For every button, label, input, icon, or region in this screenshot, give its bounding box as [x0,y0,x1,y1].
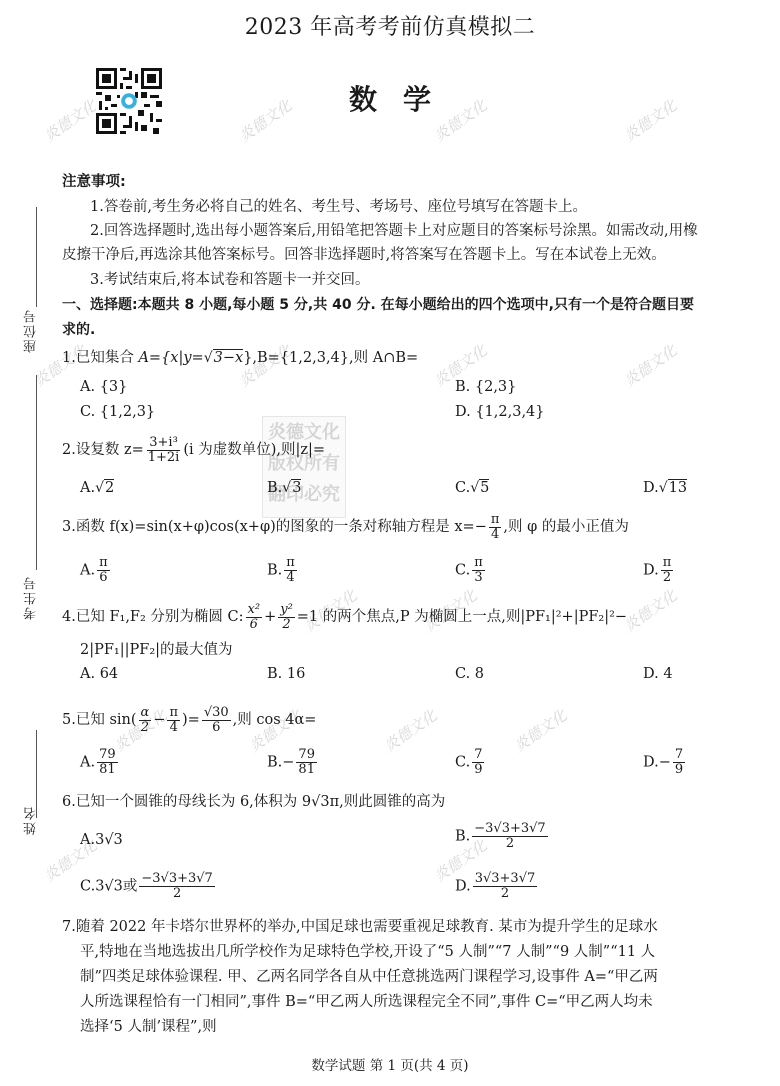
radicand: 5 [479,479,489,496]
option-c[interactable]: C.3√3或−3√3+3√72 [80,872,217,901]
option-label: D. [643,563,659,579]
option-label: C. [80,879,95,895]
question-text: ,则 cos 4α= [233,712,317,728]
fraction: 79 [673,748,685,777]
fraction: −3√3+3√72 [472,822,547,851]
option-a[interactable]: A.π6 [80,556,112,585]
question-number: 7. [62,919,76,935]
watermark: 炎德文化 [619,585,680,637]
option-a[interactable]: A. {3} [80,379,127,395]
fraction: 79 [472,748,484,777]
denominator: 2 [504,837,516,851]
option-d[interactable]: D. {1,2,3,4} [455,404,545,420]
numerator: 3+i³ [147,436,180,451]
question-text: 函数 f(x)=sin(x+φ)cos(x+φ)的图象的一条对称轴方程是 x=− [76,519,487,535]
question-text: 已知 F₁,F₂ 分别为椭圆 C: [76,609,244,625]
sign: − [282,755,294,771]
option-b[interactable]: B.−7981 [267,748,319,777]
fraction: π4 [167,706,180,735]
numerator: π [97,556,110,571]
option-label: A. [80,480,95,496]
section-heading: 一、选择题:本题共 8 小题,每小题 5 分,共 40 分. 在每小题给出的四个… [62,293,694,318]
watermark: 炎德文化 [509,705,570,757]
fraction: π4 [284,556,297,585]
question-7-line: 制”四类足球体验课程. 甲、乙两名同学各自从中任意挑选两门课程学习,设事件 A=… [80,965,658,990]
option-c[interactable]: C.π3 [455,556,487,585]
question-math: A={x|y= [138,350,203,366]
option-label: B. [267,480,282,496]
option-c[interactable]: C. {1,2,3} [80,404,155,420]
option-label: B. [267,755,282,771]
denominator: 6 [97,571,109,585]
numerator: 3√3+3√7 [473,872,538,887]
candidate-number-label: 考生号 [22,575,41,620]
denominator: 81 [296,763,317,777]
question-text: 已知集合 [76,350,139,366]
name-label: 姓名 [22,805,41,835]
question-3: 3.函数 f(x)=sin(x+φ)cos(x+φ)的图象的一条对称轴方程是 x… [62,507,629,547]
fraction: π3 [472,556,485,585]
denominator: 4 [284,571,296,585]
numerator: 7 [673,748,685,763]
sqrt-icon: √ [659,480,668,496]
option-label: D. [643,755,659,771]
option-label: C. [455,563,470,579]
question-text: =1 的两个焦点,P 为椭圆上一点,则|PF₁|²+|PF₂|²− [297,609,627,625]
numerator: π [489,513,502,528]
candidate-number-line[interactable] [36,375,37,570]
fraction: x²6 [246,603,263,632]
denominator: 1+2i [146,451,182,465]
option-label: D. [455,879,471,895]
numerator: −3√3+3√7 [139,872,214,887]
option-label: D. [643,480,659,496]
option-d[interactable]: D.π2 [643,556,675,585]
numerator: π [661,556,674,571]
question-number: 3. [62,519,76,535]
numerator: 79 [296,748,317,763]
question-text: (i 为虚数单位),则|z|= [183,442,325,458]
question-text: 设复数 z= [76,442,144,458]
question-2: 2.设复数 z=3+i³1+2i(i 为虚数单位),则|z|= [62,430,325,470]
option-b[interactable]: B.−3√3+3√72 [455,822,550,851]
question-6: 6.已知一个圆锥的母线长为 6,体积为 9√3π,则此圆锥的高为 [62,790,445,815]
radicand: 3−x [213,349,244,366]
option-text: 3√3 [95,832,123,848]
question-7: 7.随着 2022 年卡塔尔世界杯的举办,中国足球也需要重视足球教育. 某市为提… [62,915,658,940]
sqrt-icon: √ [204,350,213,366]
watermark: 炎德文化 [379,705,440,757]
denominator: 6 [248,618,260,632]
question-text: 随着 2022 年卡塔尔世界杯的举办,中国足球也需要重视足球教育. 某市为提升学… [76,919,658,935]
option-d[interactable]: D.3√3+3√72 [455,872,539,901]
sign: − [659,755,671,771]
operator: − [153,712,165,728]
fraction: −3√3+3√72 [139,872,214,901]
denominator: 9 [673,763,685,777]
option-text: 3√3或 [95,879,137,895]
section-heading-cont: 求的. [62,318,95,343]
radicand: 2 [104,479,114,496]
numerator: −3√3+3√7 [472,822,547,837]
notice-item: 3.考试结束后,将本试卷和答题卡一并交回。 [90,268,369,293]
numerator: x² [246,603,263,618]
option-d[interactable]: D.√13 [643,480,687,496]
exam-title: 2023 年高考考前仿真模拟二 [0,10,780,41]
option-label: C. [455,755,470,771]
option-a[interactable]: A. 64 [80,666,118,682]
option-c[interactable]: C. 8 [455,666,484,682]
fraction: √306 [202,706,231,735]
sqrt-icon: √ [282,480,291,496]
denominator: 2 [280,618,292,632]
denominator: 2 [499,887,511,901]
subject-title: 数学 [0,78,780,118]
option-b[interactable]: B.π4 [267,556,299,585]
numerator: π [167,706,180,721]
page-footer: 数学试题 第 1 页(共 4 页) [0,1054,780,1074]
question-number: 5. [62,712,76,728]
fraction: 3+i³1+2i [146,436,182,465]
question-number: 1. [62,350,76,366]
denominator: 4 [489,528,501,542]
question-5: 5.已知 sin(α2−π4)=√306,则 cos 4α= [62,700,316,740]
question-number: 2. [62,442,76,458]
question-7-line: 平,特地在当地选拔出几所学校作为足球特色学校,开设了“5 人制”“7 人制”“9… [80,940,655,965]
seat-number-line[interactable] [36,207,37,307]
fraction: 3√3+3√72 [473,872,538,901]
option-c[interactable]: C.79 [455,748,486,777]
option-b[interactable]: B. 16 [267,666,305,682]
fraction: π6 [97,556,110,585]
fraction: α2 [139,706,152,735]
denominator: 81 [97,763,118,777]
option-label: A. [80,563,95,579]
notice-item: 1.答卷前,考生务必将自己的姓名、考生号、考场号、座位号填写在答题卡上。 [90,195,587,220]
denominator: 6 [210,721,222,735]
question-text: )= [182,712,200,728]
question-number: 6. [62,794,76,810]
numerator: √30 [202,706,231,721]
question-text: 已知一个圆锥的母线长为 6,体积为 9√3π,则此圆锥的高为 [76,794,445,810]
option-a[interactable]: A.7981 [80,748,120,777]
denominator: 3 [472,571,484,585]
question-4-cont: 2|PF₁||PF₂|的最大值为 [80,638,233,663]
denominator: 4 [168,721,180,735]
notice-heading: 注意事项: [62,170,126,195]
radicand: 3 [291,479,301,496]
sqrt-icon: √ [95,480,104,496]
question-text: },B={1,2,3,4},则 A∩B= [243,350,418,366]
seat-number-label: 座位号 [22,308,41,353]
numerator: y² [278,603,295,618]
fraction: π2 [661,556,674,585]
option-label: C. [455,480,470,496]
denominator: 2 [171,887,183,901]
question-7-line: 选择‘5 人制’课程”,则 [80,1015,217,1040]
question-4: 4.已知 F₁,F₂ 分别为椭圆 C:x²6+y²2=1 的两个焦点,P 为椭圆… [62,597,627,637]
radicand: 13 [668,479,687,496]
option-c[interactable]: C.√5 [455,480,489,496]
numerator: α [139,706,152,721]
sqrt-icon: √ [470,480,479,496]
fraction: 7981 [296,748,317,777]
option-label: A. [80,755,95,771]
option-d[interactable]: D. 4 [643,666,673,682]
denominator: 2 [139,721,151,735]
option-b[interactable]: B.√3 [267,480,301,496]
numerator: 79 [97,748,118,763]
numerator: π [472,556,485,571]
question-1: 1.已知集合 A={x|y=√3−x},B={1,2,3,4},则 A∩B= [62,346,418,371]
option-b[interactable]: B. {2,3} [455,379,516,395]
question-text: 已知 sin( [76,712,137,728]
question-7-line: 人所选课程恰有一门相同”,事件 B=“甲乙两人所选课程完全不同”,事件 C=“甲… [80,990,653,1015]
option-a[interactable]: A.√2 [80,480,114,496]
denominator: 2 [661,571,673,585]
fraction: y²2 [278,603,295,632]
operator: + [264,609,276,625]
fraction: 7981 [97,748,118,777]
numerator: π [284,556,297,571]
option-a[interactable]: A.3√3 [80,832,123,848]
denominator: 9 [472,763,484,777]
notice-item: 皮擦干净后,再选涂其他答案标号。回答非选择题时,将答案写在答题卡上。写在本试卷上… [62,243,666,268]
fraction: π4 [489,513,502,542]
question-text: ,则 φ 的最小正值为 [503,519,628,535]
question-number: 4. [62,609,76,625]
watermark: 炎德文化 [619,340,680,392]
option-label: A. [80,832,95,848]
option-d[interactable]: D.−79 [643,748,687,777]
option-label: B. [267,563,282,579]
numerator: 7 [472,748,484,763]
option-label: B. [455,829,470,845]
notice-item: 2.回答选择题时,选出每小题答案后,用铅笔把答题卡上对应题目的答案标号涂黑。如需… [90,219,698,244]
